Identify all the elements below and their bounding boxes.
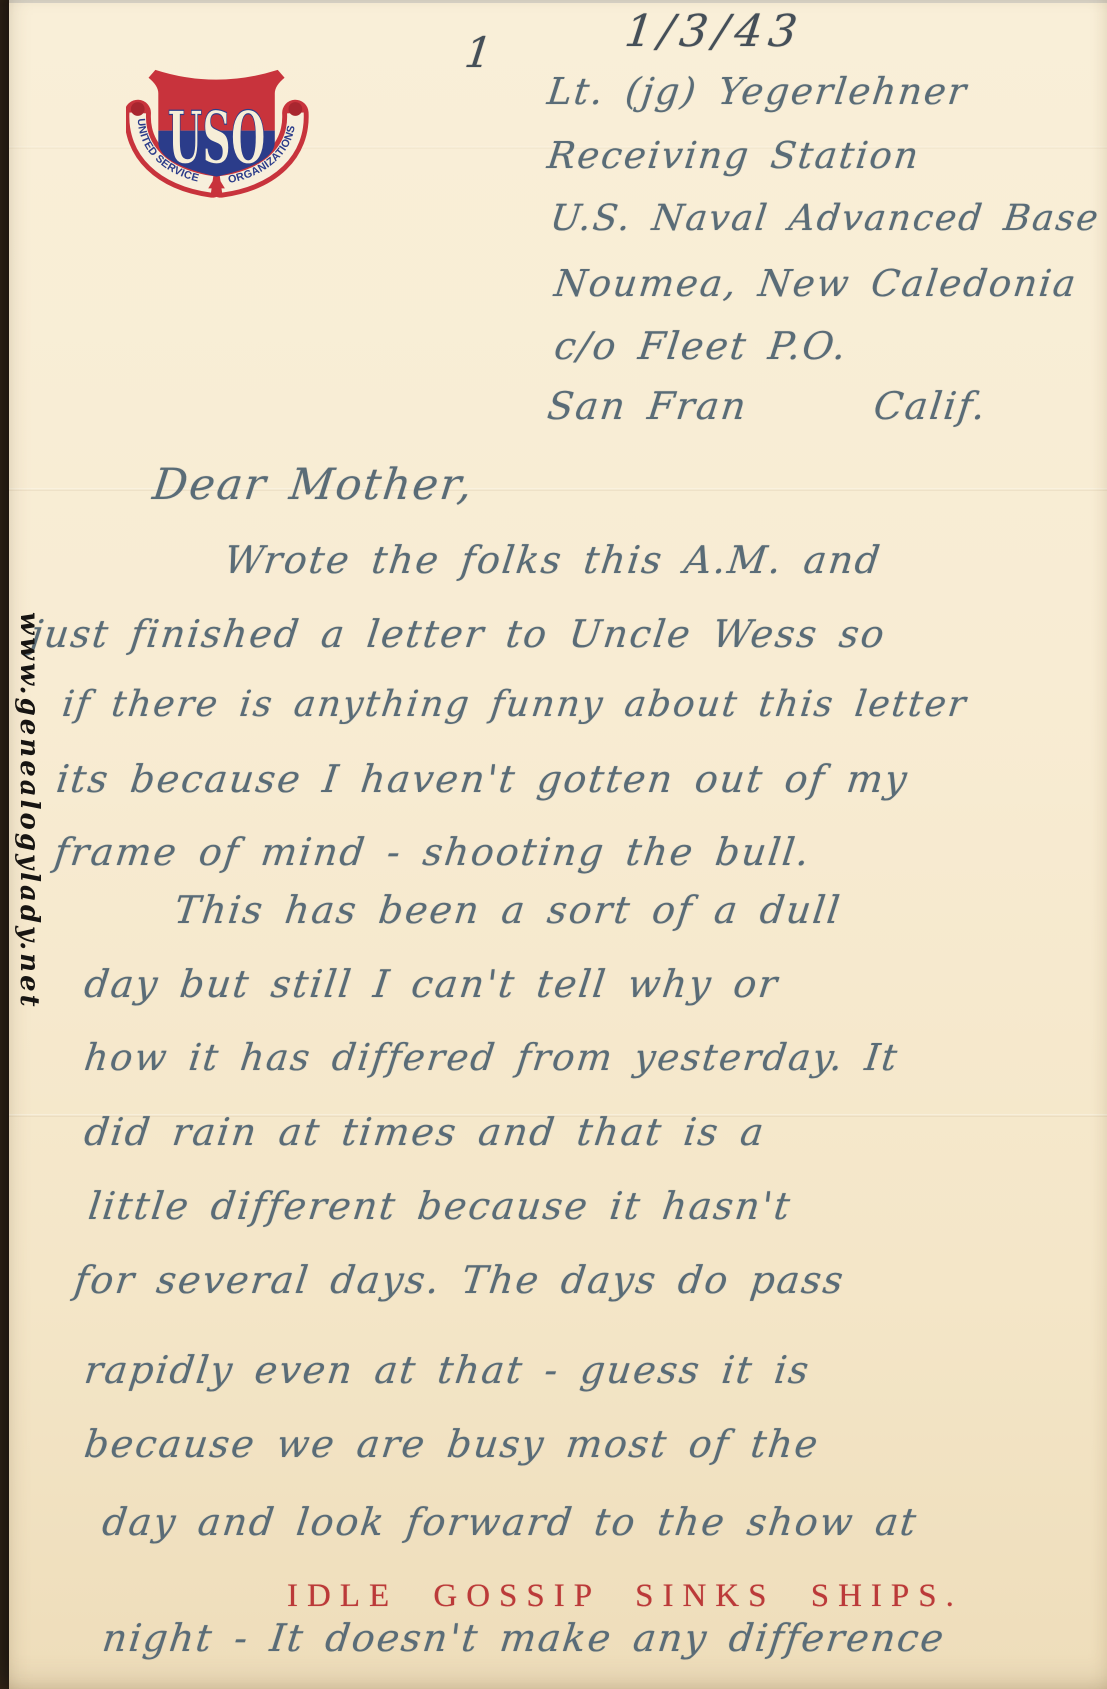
body-line: little different because it hasn't (86, 1184, 794, 1228)
body-line: rapidly even at that - guess it is (82, 1348, 813, 1392)
body-line: did rain at times and that is a (82, 1110, 768, 1154)
sender-address-line: c/o Fleet P.O. (552, 324, 850, 368)
letter-page: USO UNITED SERVICE ORGANIZATIONS 1 1/3/4… (0, 0, 1107, 1689)
body-line: This has been a sort of a dull (172, 888, 844, 932)
scan-top-edge (0, 0, 1107, 3)
body-line: how it has differed from yesterday. It (82, 1036, 901, 1079)
sender-address-line: U.S. Naval Advanced Base (548, 198, 1102, 239)
sender-name-line: Lt. (jg) Yegerlehner (545, 70, 970, 113)
scan-left-edge (0, 0, 9, 1689)
body-line: day but still I can't tell why or (82, 962, 781, 1006)
body-line: frame of mind - shooting the bull. (52, 830, 813, 874)
stationery-slogan: IDLE GOSSIP SINKS SHIPS. (287, 1578, 963, 1615)
body-line: Wrote the folks this A.M. and (222, 538, 884, 582)
ribbon-curl-left (131, 102, 145, 116)
sender-address-line: Noumea, New Caledonia (552, 262, 1080, 305)
body-line: night - It doesn't make any difference (100, 1616, 948, 1660)
page-number: 1 (462, 28, 497, 77)
body-line: its because I haven't gotten out of my (54, 757, 911, 801)
body-line: because we are busy most of the (82, 1422, 822, 1466)
letter-date: 1/3/43 (622, 6, 806, 57)
watermark-url: www.genealogylady.net (14, 612, 44, 1010)
body-line: just finished a letter to Uncle Wess so (28, 612, 889, 656)
body-line: day and look forward to the show at (100, 1500, 920, 1544)
body-line: for several days. The days do pass (72, 1258, 847, 1302)
sender-address-line: San Fran Calif. (545, 384, 990, 428)
ribbon-curl-right (289, 102, 303, 116)
salutation: Dear Mother, (150, 460, 477, 510)
uso-logo: USO UNITED SERVICE ORGANIZATIONS (126, 60, 312, 207)
body-line: if there is anything funny about this le… (60, 684, 970, 725)
sender-address-line: Receiving Station (545, 134, 923, 177)
